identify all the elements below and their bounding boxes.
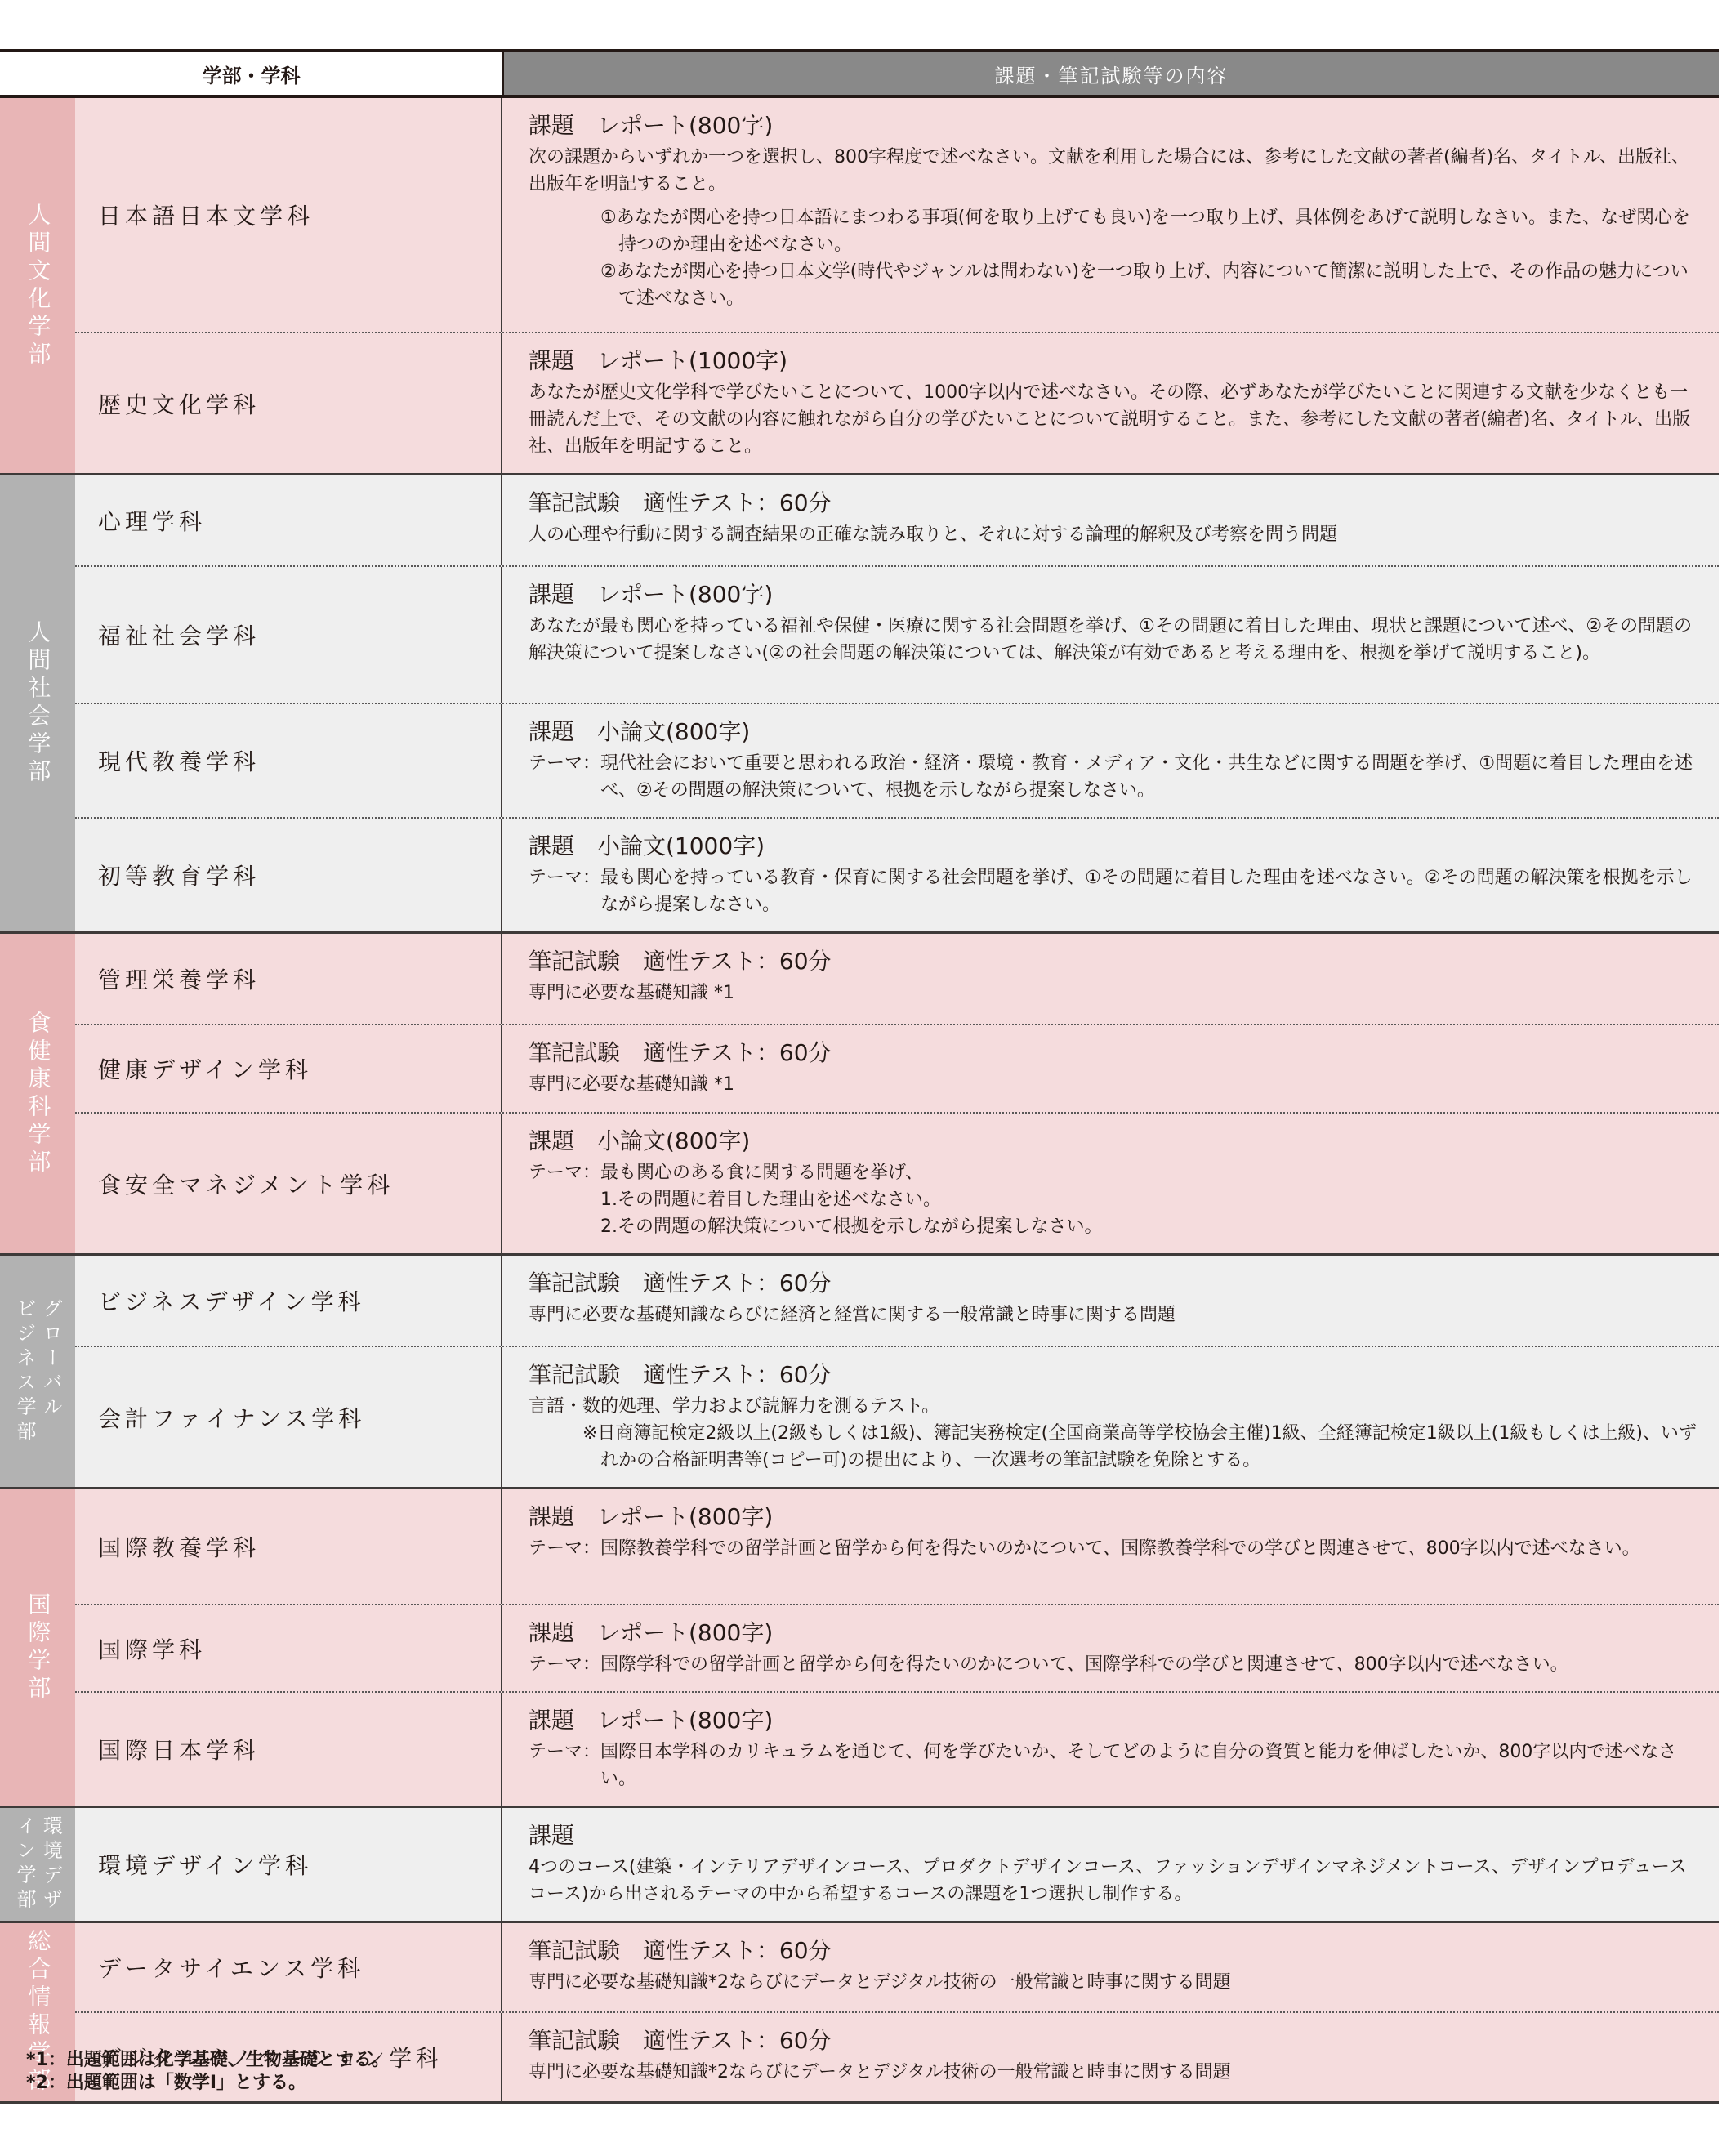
department-name: 環境デザイン学科 [75,1808,502,1921]
table-header: 学部・学科 課題・筆記試験等の内容 [0,49,1719,98]
faculty-section: 人間文化学部日本語日本文学科課題 レポート(800字)次の課題からいずれか一つを… [0,98,1719,475]
theme-label: テーマ： [529,1651,600,1678]
exam-title: 課題 [529,1819,1702,1852]
exam-content: 筆記試験 適性テスト：60分専門に必要な基礎知識 *1 [502,1025,1719,1112]
exam-content: 筆記試験 適性テスト：60分人の心理や行動に関する調査結果の正確な読み取りと、そ… [502,475,1719,565]
exam-content: 課題 小論文(800字)テーマ：現代社会において重要と思われる政治・経済・環境・… [502,704,1719,817]
department-row: 国際教養学科課題 レポート(800字)テーマ：国際教養学科での留学計画と留学から… [75,1489,1719,1604]
exam-content: 筆記試験 適性テスト：60分専門に必要な基礎知識*2ならびにデータとデジタル技術… [502,2013,1719,2101]
header-exam-content: 課題・筆記試験等の内容 [504,52,1719,95]
footnote-1: *1：出題範囲は化学基礎、生物基礎とする。 [26,2049,390,2072]
department-row: 国際学科課題 レポート(800字)テーマ：国際学科での留学計画と留学から何を得た… [75,1604,1719,1691]
department-row: 健康デザイン学科筆記試験 適性テスト：60分専門に必要な基礎知識 *1 [75,1024,1719,1112]
theme-text: 最も関心のある食に関する問題を挙げ、 [600,1159,923,1186]
faculty-section: 環境デザイン学部環境デザイン学科課題4つのコース(建築・インテリアデザインコース… [0,1808,1719,1923]
department-row: データサイエンス学科筆記試験 適性テスト：60分専門に必要な基礎知識*2ならびに… [75,1923,1719,2011]
faculty-name-band: 食健康科学部 [0,934,75,1253]
exam-description: 言語・数的処理、学力および読解力を測るテスト。 [529,1393,1702,1420]
department-name: 国際教養学科 [75,1489,502,1604]
exam-title: 筆記試験 適性テスト：60分 [529,487,1702,520]
exam-title: 課題 小論文(800字) [529,716,1702,748]
department-row: 環境デザイン学科課題4つのコース(建築・インテリアデザインコース、プロダクトデザ… [75,1808,1719,1921]
exam-theme: テーマ：国際教養学科での留学計画と留学から何を得たいのかについて、国際教養学科で… [529,1535,1702,1562]
faculty-name: 人間文化学部 [25,203,51,369]
department-name: 歴史文化学科 [75,333,502,473]
exam-title: 課題 レポート(800字) [529,1617,1702,1649]
department-name: 現代教養学科 [75,704,502,817]
exam-option-item: ②あなたが関心を持つ日本文学(時代やジャンルは問わない)を一つ取り上げ、内容につ… [529,258,1702,312]
department-row: 福祉社会学科課題 レポート(800字)あなたが最も関心を持っている福祉や保健・医… [75,565,1719,703]
department-row: 現代教養学科課題 小論文(800字)テーマ：現代社会において重要と思われる政治・… [75,703,1719,817]
department-name: 日本語日本文学科 [75,98,502,332]
theme-sub-item: 2.その問題の解決策について根拠を示しながら提案しなさい。 [529,1213,1702,1240]
exam-option-item: ①あなたが関心を持つ日本語にまつわる事項(何を取り上げても良い)を一つ取り上げ、… [529,204,1702,258]
exam-title: 筆記試験 適性テスト：60分 [529,2024,1702,2057]
faculty-section: グローバルビジネス学部ビジネスデザイン学科筆記試験 適性テスト：60分専門に必要… [0,1256,1719,1489]
exam-content: 課題 レポート(800字)あなたが最も関心を持っている福祉や保健・医療に関する社… [502,567,1719,703]
faculty-name: 国際学部 [25,1592,51,1703]
faculty-section: 人間社会学部心理学科筆記試験 適性テスト：60分人の心理や行動に関する調査結果の… [0,475,1719,934]
exam-content: 課題 小論文(1000字)テーマ：最も関心を持っている教育・保育に関する社会問題… [502,819,1719,931]
department-name: 会計ファイナンス学科 [75,1347,502,1487]
theme-sub-item: 1.その問題に着目した理由を述べなさい。 [529,1186,1702,1213]
exam-title: 課題 レポート(800字) [529,578,1702,611]
department-name: 管理栄養学科 [75,934,502,1024]
department-row: 歴史文化学科課題 レポート(1000字)あなたが歴史文化学科で学びたいことについ… [75,332,1719,473]
exam-title: 筆記試験 適性テスト：60分 [529,1359,1702,1391]
department-row: 日本語日本文学科課題 レポート(800字)次の課題からいずれか一つを選択し、80… [75,98,1719,332]
theme-text: 現代社会において重要と思われる政治・経済・環境・教育・メディア・文化・共生などに… [600,750,1702,804]
exam-title: 筆記試験 適性テスト：60分 [529,1935,1702,1967]
exam-theme: テーマ：最も関心のある食に関する問題を挙げ、 [529,1159,1702,1186]
exam-description: 専門に必要な基礎知識*2ならびにデータとデジタル技術の一般常識と時事に関する問題 [529,2059,1702,2086]
exam-title: 課題 小論文(800字) [529,1125,1702,1158]
theme-text: 国際学科での留学計画と留学から何を得たいのかについて、国際学科での学びと関連させ… [600,1651,1568,1678]
exam-title: 筆記試験 適性テスト：60分 [529,945,1702,978]
faculty-name-band: 環境デザイン学部 [0,1808,75,1921]
exam-content: 筆記試験 適性テスト：60分言語・数的処理、学力および読解力を測るテスト。※日商… [502,1347,1719,1487]
exam-description: 専門に必要な基礎知識 *1 [529,1071,1702,1098]
exam-description: 4つのコース(建築・インテリアデザインコース、プロダクトデザインコース、ファッシ… [529,1854,1702,1908]
faculty-name: イン学部 [14,1815,35,1913]
exam-content: 筆記試験 適性テスト：60分専門に必要な基礎知識*2ならびにデータとデジタル技術… [502,1923,1719,2011]
department-name: 初等教育学科 [75,819,502,931]
exam-exemption-note: ※日商簿記検定2級以上(2級もしくは1級)、簿記実務検定(全国商業高等学校協会主… [529,1420,1702,1474]
exam-theme: テーマ：最も関心を持っている教育・保育に関する社会問題を挙げ、①その問題に着目し… [529,864,1702,918]
exam-theme: テーマ：国際日本学科のカリキュラムを通じて、何を学びたいか、そしてどのように自分… [529,1739,1702,1792]
theme-text: 最も関心を持っている教育・保育に関する社会問題を挙げ、①その問題に着目した理由を… [600,864,1702,918]
footnotes: *1：出題範囲は化学基礎、生物基礎とする。 *2：出題範囲は「数学Ⅰ」とする。 [26,2049,390,2095]
exam-description: あなたが歴史文化学科で学びたいことについて、1000字以内で述べなさい。その際、… [529,379,1702,460]
exam-content: 筆記試験 適性テスト：60分専門に必要な基礎知識ならびに経済と経営に関する一般常… [502,1256,1719,1346]
department-name: 健康デザイン学科 [75,1025,502,1112]
theme-label: テーマ： [529,1535,600,1562]
department-name: 食安全マネジメント学科 [75,1114,502,1253]
faculty-section: 食健康科学部管理栄養学科筆記試験 適性テスト：60分専門に必要な基礎知識 *1健… [0,934,1719,1256]
department-name: データサイエンス学科 [75,1923,502,2011]
exam-title: 課題 レポート(800字) [529,1704,1702,1737]
faculty-name-band: 人間社会学部 [0,475,75,931]
exam-description: 人の心理や行動に関する調査結果の正確な読み取りと、それに対する論理的解釈及び考察… [529,521,1702,548]
exam-content-table: 学部・学科 課題・筆記試験等の内容 人間文化学部日本語日本文学科課題 レポート(… [0,49,1719,2104]
header-faculty-department: 学部・学科 [0,52,504,95]
theme-label: テーマ： [529,1159,600,1186]
faculty-name: グローバル [40,1298,61,1445]
department-name: 国際日本学科 [75,1693,502,1806]
department-row: 初等教育学科課題 小論文(1000字)テーマ：最も関心を持っている教育・保育に関… [75,817,1719,931]
department-row: 管理栄養学科筆記試験 適性テスト：60分専門に必要な基礎知識 *1 [75,934,1719,1024]
department-name: 福祉社会学科 [75,567,502,703]
department-row: 国際日本学科課題 レポート(800字)テーマ：国際日本学科のカリキュラムを通じて… [75,1691,1719,1806]
exam-description: 専門に必要な基礎知識*2ならびにデータとデジタル技術の一般常識と時事に関する問題 [529,1969,1702,1996]
department-row: 心理学科筆記試験 適性テスト：60分人の心理や行動に関する調査結果の正確な読み取… [75,475,1719,565]
exam-title: 課題 小論文(1000字) [529,830,1702,863]
exam-content: 課題 小論文(800字)テーマ：最も関心のある食に関する問題を挙げ、1.その問題… [502,1114,1719,1253]
faculty-name-band: 人間文化学部 [0,98,75,473]
exam-content: 課題 レポート(800字)テーマ：国際日本学科のカリキュラムを通じて、何を学びた… [502,1693,1719,1806]
faculty-name-band: 国際学部 [0,1489,75,1806]
theme-text: 国際教養学科での留学計画と留学から何を得たいのかについて、国際教養学科での学びと… [600,1535,1640,1562]
exam-theme: テーマ：現代社会において重要と思われる政治・経済・環境・教育・メディア・文化・共… [529,750,1702,804]
faculty-name-band: グローバルビジネス学部 [0,1256,75,1487]
faculty-name: 環境デザ [40,1815,61,1913]
exam-title: 課題 レポート(800字) [529,1501,1702,1533]
exam-content: 課題 レポート(800字)テーマ：国際学科での留学計画と留学から何を得たいのかに… [502,1605,1719,1691]
faculty-name: ビジネス学部 [14,1298,35,1445]
faculty-list: 人間文化学部日本語日本文学科課題 レポート(800字)次の課題からいずれか一つを… [0,98,1719,2104]
department-row: 食安全マネジメント学科課題 小論文(800字)テーマ：最も関心のある食に関する問… [75,1112,1719,1253]
faculty-section: 国際学部国際教養学科課題 レポート(800字)テーマ：国際教養学科での留学計画と… [0,1489,1719,1808]
faculty-name: 食健康科学部 [25,1011,51,1177]
exam-title: 課題 レポート(800字) [529,109,1702,142]
exam-content: 課題 レポート(800字)次の課題からいずれか一つを選択し、800字程度で述べな… [502,98,1719,332]
exam-description: 専門に必要な基礎知識 *1 [529,980,1702,1007]
theme-text: 国際日本学科のカリキュラムを通じて、何を学びたいか、そしてどのように自分の資質と… [600,1739,1702,1792]
exam-content: 筆記試験 適性テスト：60分専門に必要な基礎知識 *1 [502,934,1719,1024]
exam-content: 課題 レポート(1000字)あなたが歴史文化学科で学びたいことについて、1000… [502,333,1719,473]
department-name: 国際学科 [75,1605,502,1691]
exam-description: 次の課題からいずれか一つを選択し、800字程度で述べなさい。文献を利用した場合に… [529,144,1702,198]
exam-description: あなたが最も関心を持っている福祉や保健・医療に関する社会問題を挙げ、①その問題に… [529,613,1702,667]
exam-title: 筆記試験 適性テスト：60分 [529,1267,1702,1300]
exam-content: 課題4つのコース(建築・インテリアデザインコース、プロダクトデザインコース、ファ… [502,1808,1719,1921]
department-row: 会計ファイナンス学科筆記試験 適性テスト：60分言語・数的処理、学力および読解力… [75,1346,1719,1487]
exam-description: 専門に必要な基礎知識ならびに経済と経営に関する一般常識と時事に関する問題 [529,1301,1702,1328]
department-row: ビジネスデザイン学科筆記試験 適性テスト：60分専門に必要な基礎知識ならびに経済… [75,1256,1719,1346]
department-name: 心理学科 [75,475,502,565]
theme-label: テーマ： [529,750,600,804]
faculty-name: 人間社会学部 [25,620,51,787]
footnote-2: *2：出題範囲は「数学Ⅰ」とする。 [26,2072,390,2095]
theme-label: テーマ： [529,1739,600,1792]
exam-content: 課題 レポート(800字)テーマ：国際教養学科での留学計画と留学から何を得たいの… [502,1489,1719,1604]
exam-title: 課題 レポート(1000字) [529,345,1702,377]
theme-label: テーマ： [529,864,600,918]
department-name: ビジネスデザイン学科 [75,1256,502,1346]
exam-title: 筆記試験 適性テスト：60分 [529,1037,1702,1069]
exam-theme: テーマ：国際学科での留学計画と留学から何を得たいのかについて、国際学科での学びと… [529,1651,1702,1678]
